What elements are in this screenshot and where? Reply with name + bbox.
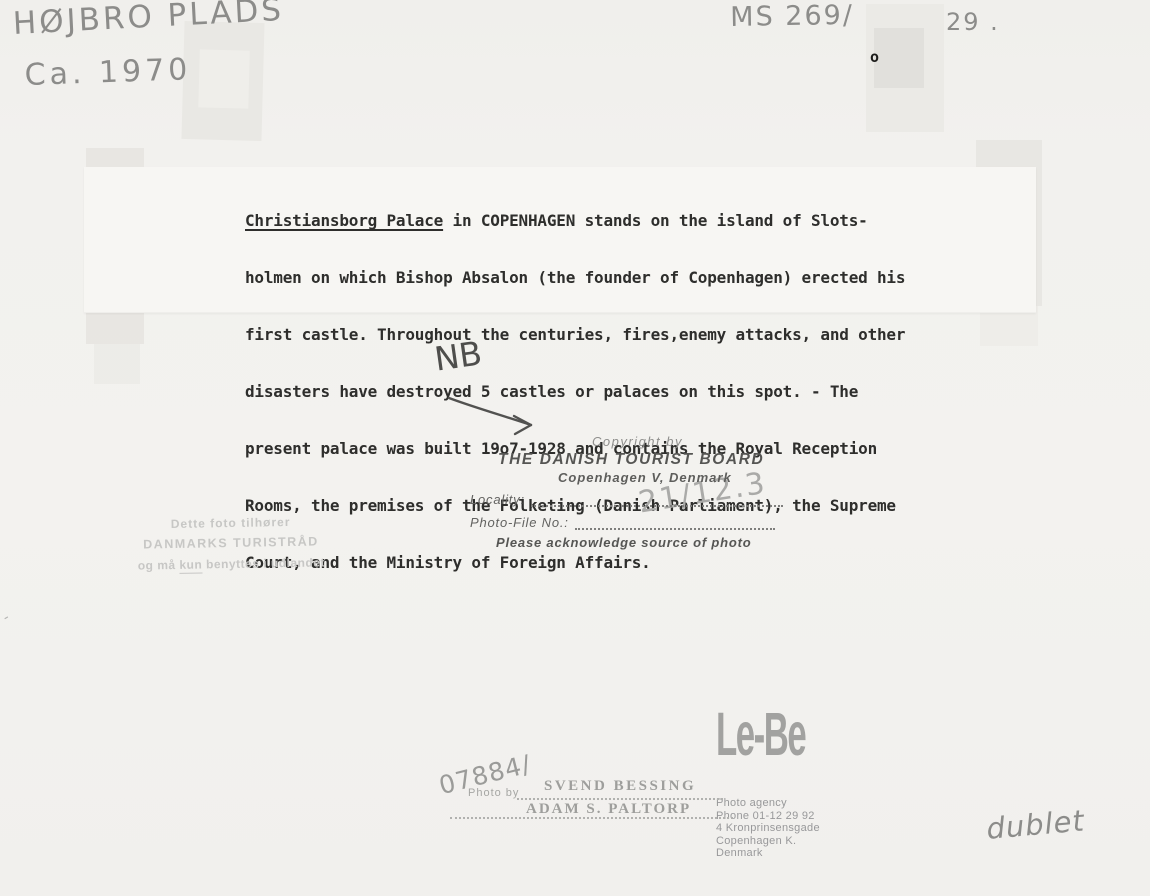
typed-line: first castle. Throughout the centuries, … [245,325,905,344]
photo-verso-scan: Christiansborg Palace in COPENHAGEN stan… [0,0,1150,896]
lebe-line: Denmark [716,847,837,860]
ownership-line3-post: benyttes i udlandet [202,555,325,571]
pencil-stray-mark: - [0,609,12,625]
photo-file-label: Photo-File No.: [470,515,569,530]
tape-top-left [181,21,264,141]
typed-line: disasters have destroyed 5 castles or pa… [245,382,905,401]
ownership-line1: Dette foto tilhører [116,514,346,532]
ownership-line3-pre: og må [138,558,180,573]
photographer-name-1: SVEND BESSING [544,778,696,795]
tape-band-left-tail [94,344,140,384]
lebe-line: Copenhagen K. [716,835,837,848]
tourist-board-address: Copenhagen V, Denmark [558,470,810,485]
handwritten-dublet: dublet [985,803,1086,845]
typed-line1-rest: in COPENHAGEN stands on the island of Sl… [443,211,867,230]
typed-line: Christiansborg Palace in COPENHAGEN stan… [245,211,905,230]
tape-top-right [866,4,944,132]
photographer-stamp: Photo by SVEND BESSING ADAM S. PALTORP [438,776,738,826]
ownership-stamp: Dette foto tilhører DANMARKS TURISTRÅD o… [116,514,347,573]
arrow-annotation [443,388,553,438]
handwritten-page-number: 29 . [946,8,1000,36]
tape-top-left-highlight [198,49,250,108]
handwritten-ms-number: MS 269/ [730,0,854,33]
locality-label: Locality: [470,492,525,507]
photographer-dotted-line-1 [517,798,723,800]
typed-underlined-title: Christiansborg Palace [245,211,443,230]
locality-dotted-line [531,493,783,507]
copyright-by-line: Copyright by [592,434,810,449]
handwritten-nb: NB [432,333,484,378]
tourist-board-name: THE DANISH TOURIST BOARD [498,451,810,469]
acknowledge-line: Please acknowledge source of photo [496,535,810,550]
handwritten-date: Ca. 1970 [24,52,192,93]
locality-row: Locality: [470,492,810,507]
photographer-dotted-line-2 [450,817,733,819]
photographer-name-2: ADAM S. PALTORP [526,801,691,818]
photo-by-label: Photo by [468,787,519,799]
typed-o-mark: o [870,48,879,66]
typed-line: holmen on which Bishop Absalon (the foun… [245,268,905,287]
tape-top-right-shadow [874,28,924,88]
ownership-line3-kun: kun [179,558,202,574]
ownership-line2: DANMARKS TURISTRÅD [116,534,346,552]
photo-file-dotted-line [575,516,775,530]
tourist-board-stamp: Copyright by THE DANISH TOURIST BOARD Co… [470,434,810,550]
lebe-logo: Le-Be [716,698,805,770]
photo-file-row: Photo-File No.: [470,515,810,530]
